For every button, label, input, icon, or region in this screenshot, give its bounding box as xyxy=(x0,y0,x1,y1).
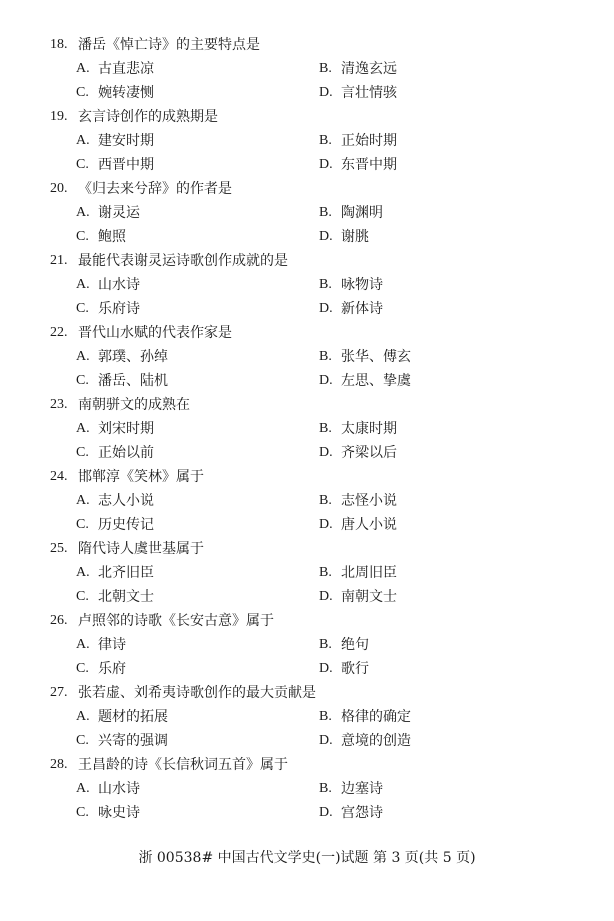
option-a: A.建安时期 xyxy=(76,129,319,153)
question-stem: 21. 最能代表谢灵运诗歌创作成就的是 xyxy=(50,249,590,273)
option-c: C.婉转凄恻 xyxy=(76,81,319,105)
option-text: 意境的创造 xyxy=(341,729,411,753)
option-b: B.北周旧臣 xyxy=(319,561,397,585)
question-28: 28. 王昌龄的诗《长信秋词五首》属于 A.山水诗 B.边塞诗 C.咏史诗 D.… xyxy=(50,753,590,825)
option-row: C.兴寄的强调 D.意境的创造 xyxy=(50,729,590,753)
option-row: C.历史传记 D.唐人小说 xyxy=(50,513,590,537)
option-c: C.西晋中期 xyxy=(76,153,319,177)
option-b: B.陶渊明 xyxy=(319,201,383,225)
question-text: 王昌龄的诗《长信秋词五首》属于 xyxy=(78,753,288,777)
option-b: B.志怪小说 xyxy=(319,489,397,513)
option-c: C.咏史诗 xyxy=(76,801,319,825)
question-number: 21. xyxy=(50,249,78,273)
option-row: A.刘宋时期 B.太康时期 xyxy=(50,417,590,441)
option-d: D.意境的创造 xyxy=(319,729,411,753)
option-letter: B. xyxy=(319,705,341,729)
question-text: 《归去来兮辞》的作者是 xyxy=(78,177,232,201)
option-letter: C. xyxy=(76,657,98,681)
question-stem: 22. 晋代山水赋的代表作家是 xyxy=(50,321,590,345)
option-row: A.建安时期 B.正始时期 xyxy=(50,129,590,153)
question-text: 玄言诗创作的成熟期是 xyxy=(78,105,218,129)
option-letter: A. xyxy=(76,561,98,585)
option-letter: D. xyxy=(319,729,341,753)
option-letter: C. xyxy=(76,441,98,465)
question-21: 21. 最能代表谢灵运诗歌创作成就的是 A.山水诗 B.咏物诗 C.乐府诗 D.… xyxy=(50,249,590,321)
option-letter: C. xyxy=(76,81,98,105)
question-text: 最能代表谢灵运诗歌创作成就的是 xyxy=(78,249,288,273)
option-text: 张华、傅玄 xyxy=(341,345,411,369)
option-c: C.潘岳、陆机 xyxy=(76,369,319,393)
option-text: 左思、挚虞 xyxy=(341,369,411,393)
question-number: 19. xyxy=(50,105,78,129)
option-c: C.历史传记 xyxy=(76,513,319,537)
option-letter: A. xyxy=(76,705,98,729)
option-text: 鲍照 xyxy=(98,225,126,249)
option-d: D.宫怨诗 xyxy=(319,801,383,825)
question-number: 27. xyxy=(50,681,78,705)
option-text: 宫怨诗 xyxy=(341,801,383,825)
option-text: 律诗 xyxy=(98,633,126,657)
option-letter: D. xyxy=(319,801,341,825)
option-b: B.张华、傅玄 xyxy=(319,345,411,369)
option-text: 历史传记 xyxy=(98,513,154,537)
question-stem: 26. 卢照邻的诗歌《长安古意》属于 xyxy=(50,609,590,633)
question-number: 22. xyxy=(50,321,78,345)
option-text: 绝句 xyxy=(341,633,369,657)
option-letter: C. xyxy=(76,513,98,537)
question-22: 22. 晋代山水赋的代表作家是 A.郭璞、孙绰 B.张华、傅玄 C.潘岳、陆机 … xyxy=(50,321,590,393)
option-b: B.边塞诗 xyxy=(319,777,383,801)
option-a: A.北齐旧臣 xyxy=(76,561,319,585)
option-d: D.新体诗 xyxy=(319,297,383,321)
option-d: D.言壮情骇 xyxy=(319,81,397,105)
option-c: C.正始以前 xyxy=(76,441,319,465)
option-c: C.鲍照 xyxy=(76,225,319,249)
option-a: A.志人小说 xyxy=(76,489,319,513)
option-row: A.志人小说 B.志怪小说 xyxy=(50,489,590,513)
option-a: A.山水诗 xyxy=(76,273,319,297)
option-text: 古直悲凉 xyxy=(98,57,154,81)
option-row: C.潘岳、陆机 D.左思、挚虞 xyxy=(50,369,590,393)
question-text: 邯郸淳《笑林》属于 xyxy=(78,465,204,489)
option-letter: D. xyxy=(319,297,341,321)
option-letter: A. xyxy=(76,633,98,657)
option-d: D.左思、挚虞 xyxy=(319,369,411,393)
question-list: 18. 潘岳《悼亡诗》的主要特点是 A.古直悲凉 B.清逸玄远 C.婉转凄恻 D… xyxy=(50,33,590,825)
option-b: B.绝句 xyxy=(319,633,369,657)
option-letter: A. xyxy=(76,777,98,801)
question-number: 26. xyxy=(50,609,78,633)
option-row: A.律诗 B.绝句 xyxy=(50,633,590,657)
option-letter: D. xyxy=(319,657,341,681)
option-letter: A. xyxy=(76,417,98,441)
option-b: B.清逸玄远 xyxy=(319,57,397,81)
option-c: C.乐府 xyxy=(76,657,319,681)
option-row: C.西晋中期 D.东晋中期 xyxy=(50,153,590,177)
option-text: 潘岳、陆机 xyxy=(98,369,168,393)
question-number: 28. xyxy=(50,753,78,777)
option-text: 唐人小说 xyxy=(341,513,397,537)
option-letter: D. xyxy=(319,441,341,465)
option-letter: A. xyxy=(76,201,98,225)
option-text: 婉转凄恻 xyxy=(98,81,154,105)
option-row: C.乐府 D.歌行 xyxy=(50,657,590,681)
option-letter: D. xyxy=(319,513,341,537)
question-20: 20. 《归去来兮辞》的作者是 A.谢灵运 B.陶渊明 C.鲍照 D.谢朓 xyxy=(50,177,590,249)
option-d: D.齐梁以后 xyxy=(319,441,397,465)
question-stem: 28. 王昌龄的诗《长信秋词五首》属于 xyxy=(50,753,590,777)
option-text: 兴寄的强调 xyxy=(98,729,168,753)
option-letter: D. xyxy=(319,585,341,609)
option-row: C.婉转凄恻 D.言壮情骇 xyxy=(50,81,590,105)
option-letter: B. xyxy=(319,57,341,81)
option-row: C.正始以前 D.齐梁以后 xyxy=(50,441,590,465)
option-c: C.兴寄的强调 xyxy=(76,729,319,753)
question-number: 18. xyxy=(50,33,78,57)
option-letter: C. xyxy=(76,729,98,753)
option-row: A.古直悲凉 B.清逸玄远 xyxy=(50,57,590,81)
option-c: C.北朝文士 xyxy=(76,585,319,609)
option-d: D.南朝文士 xyxy=(319,585,397,609)
option-letter: B. xyxy=(319,345,341,369)
option-text: 边塞诗 xyxy=(341,777,383,801)
exam-page: 18. 潘岳《悼亡诗》的主要特点是 A.古直悲凉 B.清逸玄远 C.婉转凄恻 D… xyxy=(0,0,614,921)
question-text: 卢照邻的诗歌《长安古意》属于 xyxy=(78,609,274,633)
question-stem: 18. 潘岳《悼亡诗》的主要特点是 xyxy=(50,33,590,57)
option-row: C.鲍照 D.谢朓 xyxy=(50,225,590,249)
option-letter: B. xyxy=(319,489,341,513)
question-24: 24. 邯郸淳《笑林》属于 A.志人小说 B.志怪小说 C.历史传记 D.唐人小… xyxy=(50,465,590,537)
question-18: 18. 潘岳《悼亡诗》的主要特点是 A.古直悲凉 B.清逸玄远 C.婉转凄恻 D… xyxy=(50,33,590,105)
option-text: 乐府诗 xyxy=(98,297,140,321)
question-23: 23. 南朝骈文的成熟在 A.刘宋时期 B.太康时期 C.正始以前 D.齐梁以后 xyxy=(50,393,590,465)
option-text: 正始以前 xyxy=(98,441,154,465)
option-letter: C. xyxy=(76,369,98,393)
option-a: A.谢灵运 xyxy=(76,201,319,225)
option-text: 歌行 xyxy=(341,657,369,681)
option-letter: B. xyxy=(319,273,341,297)
option-text: 北齐旧臣 xyxy=(98,561,154,585)
option-letter: A. xyxy=(76,345,98,369)
option-row: A.山水诗 B.咏物诗 xyxy=(50,273,590,297)
option-b: B.格律的确定 xyxy=(319,705,411,729)
option-letter: B. xyxy=(319,561,341,585)
option-text: 陶渊明 xyxy=(341,201,383,225)
option-letter: A. xyxy=(76,129,98,153)
option-text: 东晋中期 xyxy=(341,153,397,177)
question-stem: 27. 张若虚、刘希夷诗歌创作的最大贡献是 xyxy=(50,681,590,705)
option-letter: A. xyxy=(76,57,98,81)
question-stem: 23. 南朝骈文的成熟在 xyxy=(50,393,590,417)
option-letter: A. xyxy=(76,273,98,297)
page-footer: 浙 00538# 中国古代文学史(一)试题 第 3 页(共 5 页) xyxy=(0,848,614,868)
option-letter: D. xyxy=(319,225,341,249)
option-letter: B. xyxy=(319,777,341,801)
option-d: D.唐人小说 xyxy=(319,513,397,537)
option-d: D.谢朓 xyxy=(319,225,369,249)
option-c: C.乐府诗 xyxy=(76,297,319,321)
question-text: 隋代诗人虞世基属于 xyxy=(78,537,204,561)
option-letter: C. xyxy=(76,801,98,825)
option-letter: C. xyxy=(76,297,98,321)
option-text: 北朝文士 xyxy=(98,585,154,609)
option-letter: D. xyxy=(319,81,341,105)
option-text: 南朝文士 xyxy=(341,585,397,609)
option-text: 正始时期 xyxy=(341,129,397,153)
option-text: 乐府 xyxy=(98,657,126,681)
option-text: 西晋中期 xyxy=(98,153,154,177)
option-row: C.北朝文士 D.南朝文士 xyxy=(50,585,590,609)
option-row: A.题材的拓展 B.格律的确定 xyxy=(50,705,590,729)
option-text: 太康时期 xyxy=(341,417,397,441)
question-text: 张若虚、刘希夷诗歌创作的最大贡献是 xyxy=(78,681,316,705)
option-text: 清逸玄远 xyxy=(341,57,397,81)
question-stem: 20. 《归去来兮辞》的作者是 xyxy=(50,177,590,201)
question-number: 24. xyxy=(50,465,78,489)
option-text: 题材的拓展 xyxy=(98,705,168,729)
option-row: A.山水诗 B.边塞诗 xyxy=(50,777,590,801)
question-stem: 25. 隋代诗人虞世基属于 xyxy=(50,537,590,561)
option-letter: D. xyxy=(319,153,341,177)
question-19: 19. 玄言诗创作的成熟期是 A.建安时期 B.正始时期 C.西晋中期 D.东晋… xyxy=(50,105,590,177)
option-row: A.郭璞、孙绰 B.张华、傅玄 xyxy=(50,345,590,369)
option-letter: D. xyxy=(319,369,341,393)
option-b: B.正始时期 xyxy=(319,129,397,153)
question-text: 晋代山水赋的代表作家是 xyxy=(78,321,232,345)
option-a: A.律诗 xyxy=(76,633,319,657)
option-d: D.东晋中期 xyxy=(319,153,397,177)
option-a: A.题材的拓展 xyxy=(76,705,319,729)
option-row: C.咏史诗 D.宫怨诗 xyxy=(50,801,590,825)
question-text: 潘岳《悼亡诗》的主要特点是 xyxy=(78,33,260,57)
option-text: 格律的确定 xyxy=(341,705,411,729)
option-text: 咏物诗 xyxy=(341,273,383,297)
question-25: 25. 隋代诗人虞世基属于 A.北齐旧臣 B.北周旧臣 C.北朝文士 D.南朝文… xyxy=(50,537,590,609)
option-text: 刘宋时期 xyxy=(98,417,154,441)
question-stem: 19. 玄言诗创作的成熟期是 xyxy=(50,105,590,129)
option-text: 北周旧臣 xyxy=(341,561,397,585)
option-letter: A. xyxy=(76,489,98,513)
question-number: 23. xyxy=(50,393,78,417)
option-text: 谢朓 xyxy=(341,225,369,249)
option-a: A.古直悲凉 xyxy=(76,57,319,81)
option-text: 咏史诗 xyxy=(98,801,140,825)
question-text: 南朝骈文的成熟在 xyxy=(78,393,190,417)
option-text: 言壮情骇 xyxy=(341,81,397,105)
question-26: 26. 卢照邻的诗歌《长安古意》属于 A.律诗 B.绝句 C.乐府 D.歌行 xyxy=(50,609,590,681)
option-text: 齐梁以后 xyxy=(341,441,397,465)
option-b: B.咏物诗 xyxy=(319,273,383,297)
option-letter: C. xyxy=(76,585,98,609)
option-b: B.太康时期 xyxy=(319,417,397,441)
option-letter: B. xyxy=(319,633,341,657)
option-d: D.歌行 xyxy=(319,657,369,681)
option-text: 山水诗 xyxy=(98,777,140,801)
option-a: A.山水诗 xyxy=(76,777,319,801)
option-text: 新体诗 xyxy=(341,297,383,321)
option-a: A.刘宋时期 xyxy=(76,417,319,441)
option-text: 建安时期 xyxy=(98,129,154,153)
option-letter: B. xyxy=(319,201,341,225)
option-text: 郭璞、孙绰 xyxy=(98,345,168,369)
option-text: 志怪小说 xyxy=(341,489,397,513)
question-number: 25. xyxy=(50,537,78,561)
option-row: C.乐府诗 D.新体诗 xyxy=(50,297,590,321)
question-stem: 24. 邯郸淳《笑林》属于 xyxy=(50,465,590,489)
option-text: 志人小说 xyxy=(98,489,154,513)
question-27: 27. 张若虚、刘希夷诗歌创作的最大贡献是 A.题材的拓展 B.格律的确定 C.… xyxy=(50,681,590,753)
question-number: 20. xyxy=(50,177,78,201)
option-letter: B. xyxy=(319,129,341,153)
option-text: 谢灵运 xyxy=(98,201,140,225)
option-letter: B. xyxy=(319,417,341,441)
option-row: A.谢灵运 B.陶渊明 xyxy=(50,201,590,225)
option-row: A.北齐旧臣 B.北周旧臣 xyxy=(50,561,590,585)
option-text: 山水诗 xyxy=(98,273,140,297)
option-letter: C. xyxy=(76,153,98,177)
option-a: A.郭璞、孙绰 xyxy=(76,345,319,369)
option-letter: C. xyxy=(76,225,98,249)
